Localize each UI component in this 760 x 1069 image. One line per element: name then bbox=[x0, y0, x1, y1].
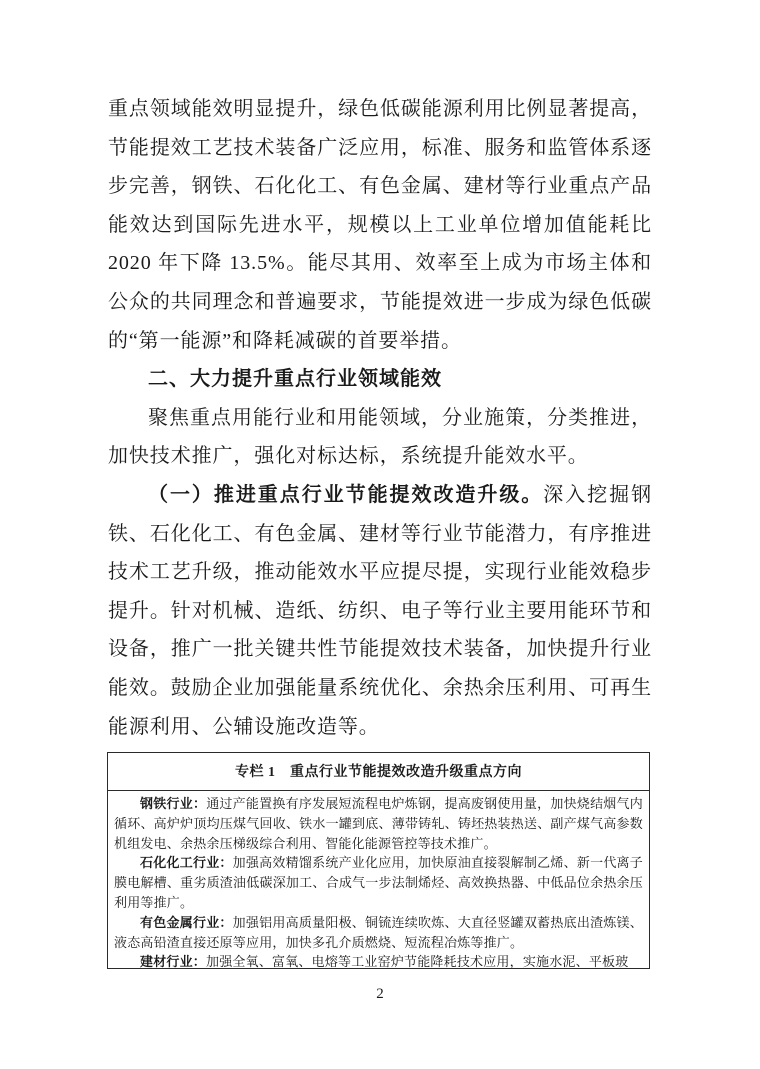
box-item-building-materials: 建材行业：加强全氧、富氧、电熔等工业窑炉节能降耗技术应用，实施水泥、平板玻 bbox=[114, 952, 643, 969]
body-paragraph-2: 聚焦重点用能行业和用能领域，分业施策，分类推进，加快技术推广，强化对标达标，系统… bbox=[108, 399, 652, 476]
box-item-nonferrous: 有色金属行业：加强铝用高质量阳极、铜锍连续吹炼、大直径竖罐双蓄热底出渣炼镁、液态… bbox=[114, 913, 643, 953]
box-item-steel-label: 钢铁行业： bbox=[140, 796, 206, 811]
column-1-box-title: 专栏 1 重点行业节能提效改造升级重点方向 bbox=[108, 753, 649, 791]
box-item-building-materials-label: 建材行业： bbox=[140, 954, 206, 969]
box-item-petrochemical: 石化化工行业：加强高效精馏系统产业化应用，加快原油直接裂解制乙烯、新一代离子膜电… bbox=[114, 853, 643, 912]
section-heading-2: 二、大力提升重点行业领域能效 bbox=[108, 360, 652, 399]
page-number: 2 bbox=[0, 986, 760, 1003]
document-body: 重点领域能效明显提升，绿色低碳能源利用比例显著提高，节能提效工艺技术装备广泛应用… bbox=[108, 90, 652, 746]
box-item-petrochemical-label: 石化化工行业： bbox=[140, 855, 233, 870]
column-1-box-content: 钢铁行业：通过产能置换有序发展短流程电炉炼钢，提高废钢使用量，加快烧结烟气内循环… bbox=[108, 791, 649, 969]
body-paragraph-3: （一）推进重点行业节能提效改造升级。深入挖掘钢铁、石化化工、有色金属、建材等行业… bbox=[108, 476, 652, 746]
box-item-nonferrous-label: 有色金属行业： bbox=[140, 915, 233, 930]
subsection-1-text: 深入挖掘钢铁、石化化工、有色金属、建材等行业节能潜力，有序推进技术工艺升级，推动… bbox=[108, 484, 652, 738]
document-page: 重点领域能效明显提升，绿色低碳能源利用比例显著提高，节能提效工艺技术装备广泛应用… bbox=[0, 0, 760, 1069]
box-item-building-materials-text: 加强全氧、富氧、电熔等工业窑炉节能降耗技术应用，实施水泥、平板玻 bbox=[206, 954, 628, 969]
subsection-1-lead: （一）推进重点行业节能提效改造升级。 bbox=[148, 484, 543, 506]
column-1-box: 专栏 1 重点行业节能提效改造升级重点方向 钢铁行业：通过产能置换有序发展短流程… bbox=[107, 752, 650, 969]
body-paragraph-1: 重点领域能效明显提升，绿色低碳能源利用比例显著提高，节能提效工艺技术装备广泛应用… bbox=[108, 90, 652, 360]
box-item-steel: 钢铁行业：通过产能置换有序发展短流程电炉炼钢，提高废钢使用量，加快烧结烟气内循环… bbox=[114, 794, 643, 853]
